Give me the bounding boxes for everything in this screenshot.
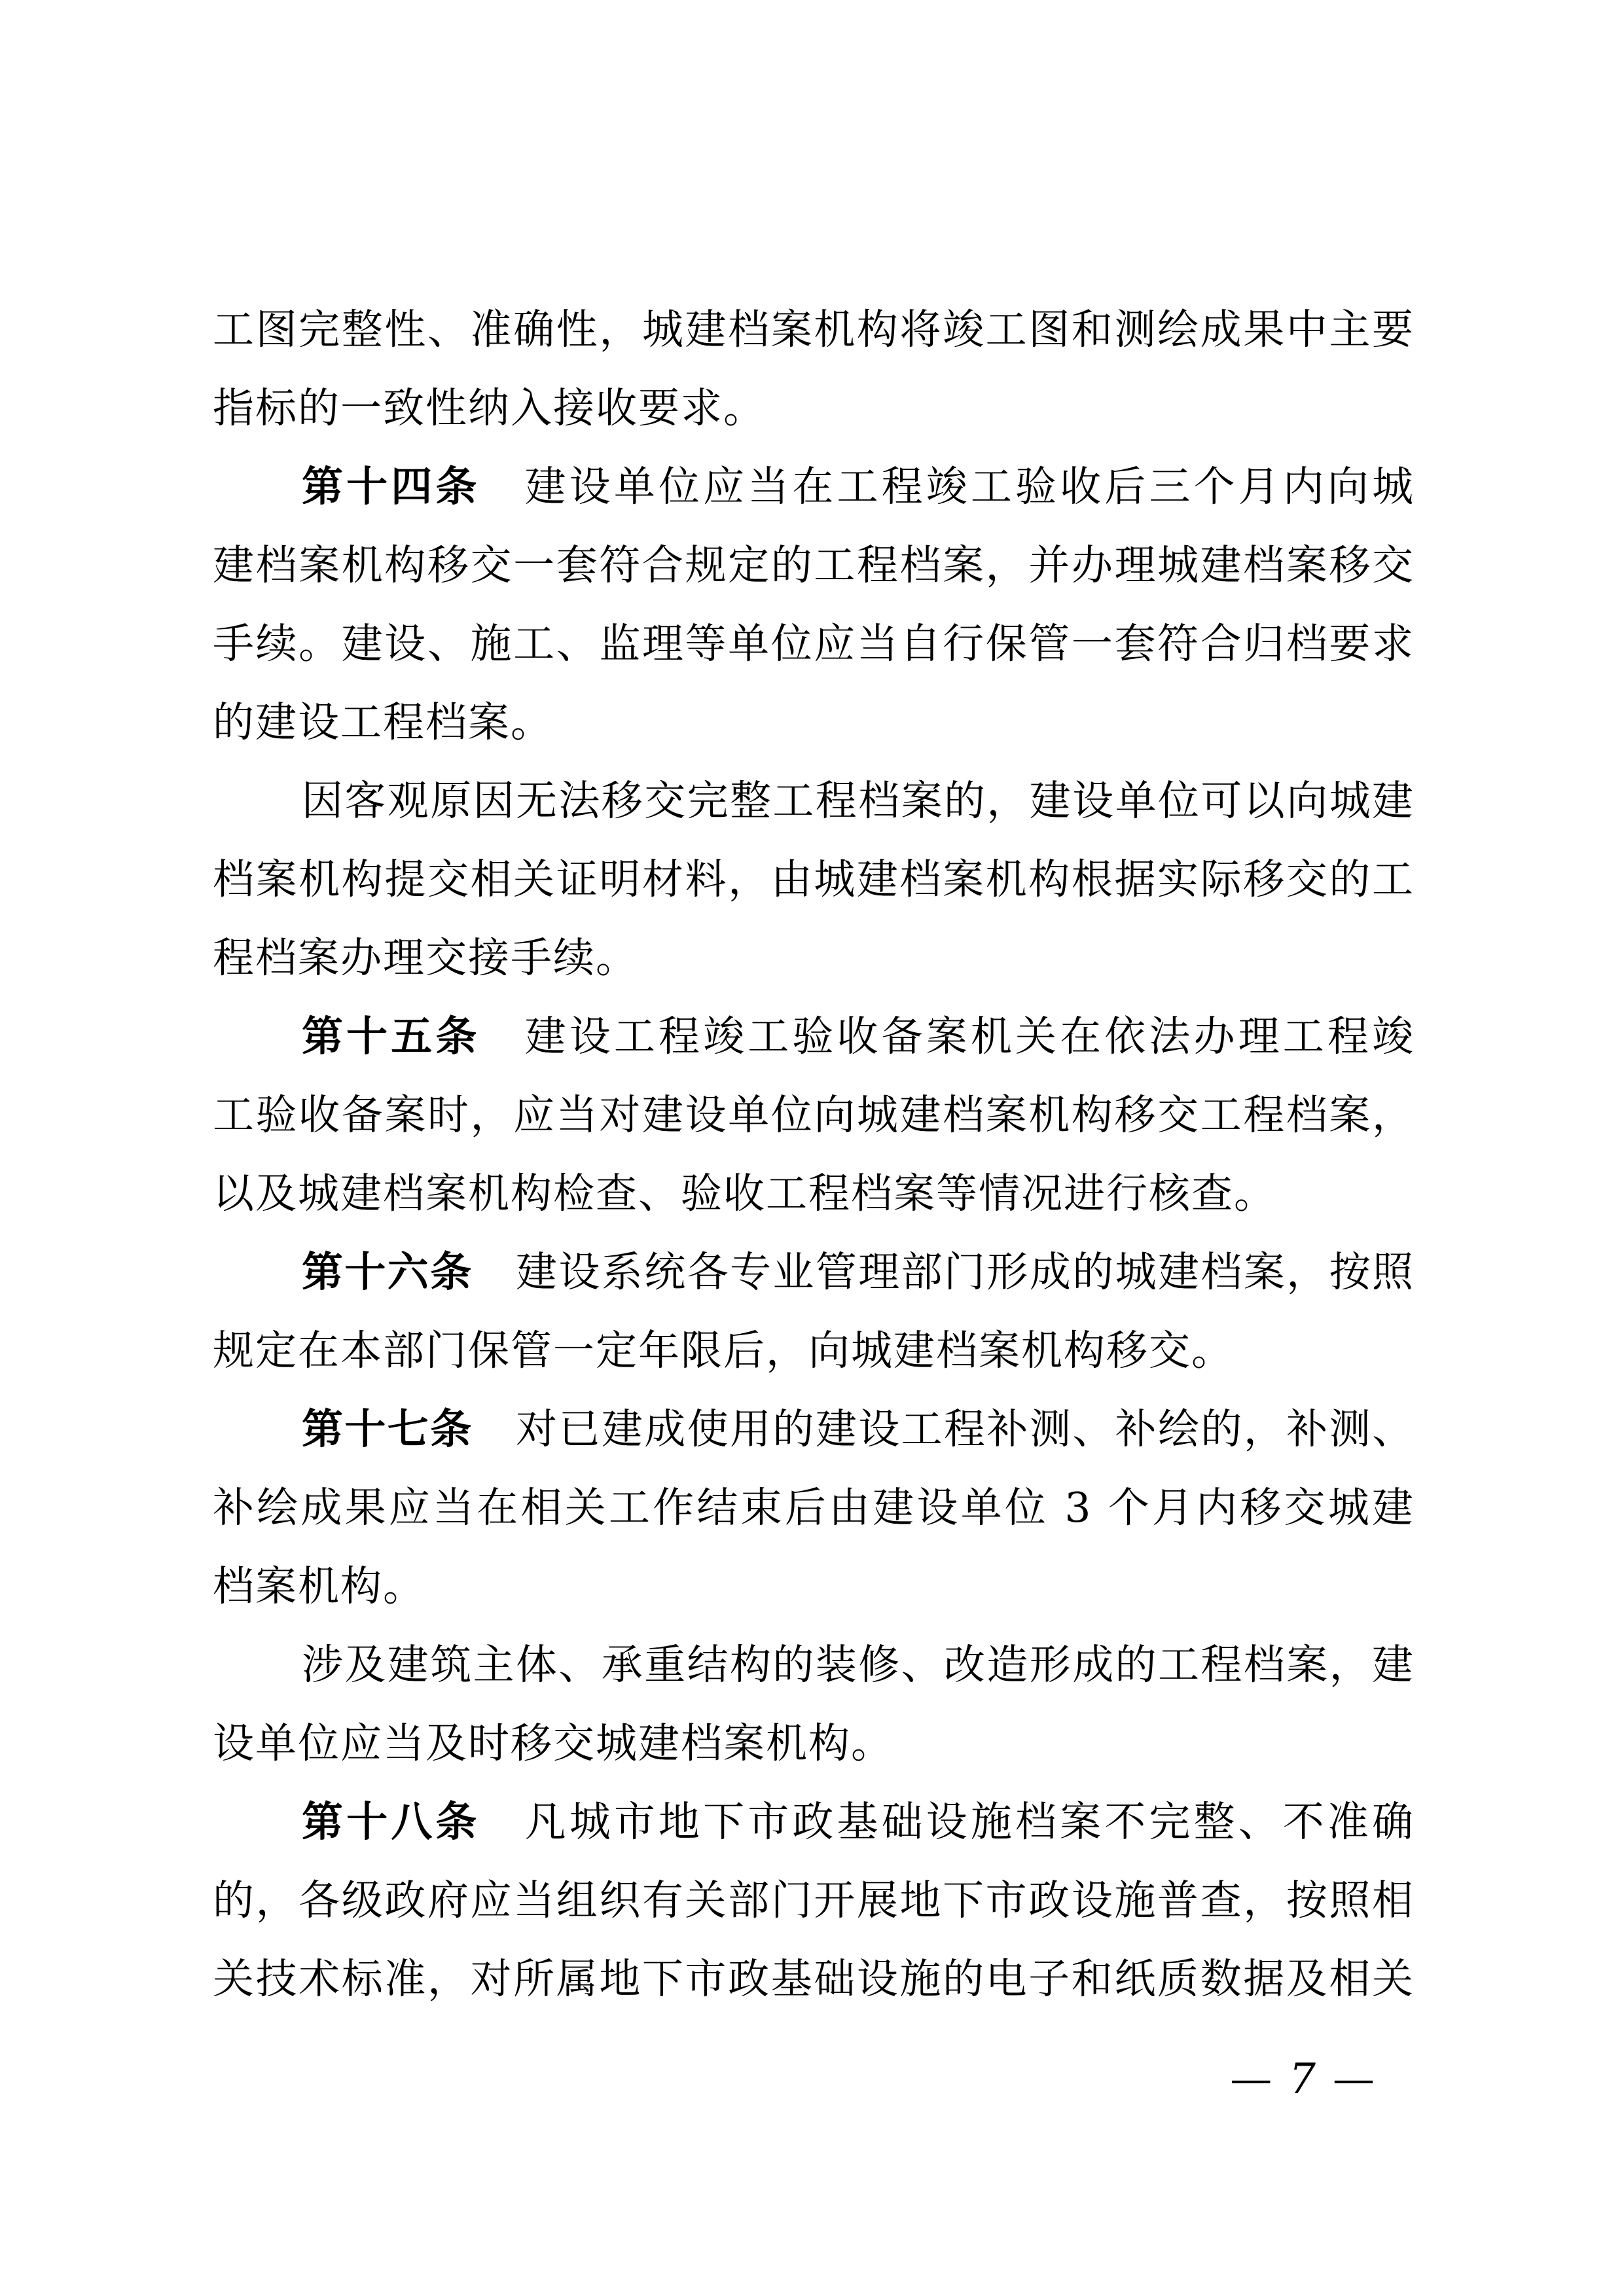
- article-text: 对已建成使用的建设工程补测、补绘的，补测、: [516, 1405, 1415, 1453]
- text-line: 档案机构。: [213, 1547, 1415, 1626]
- text-line: 第十六条 建设系统各专业管理部门形成的城建档案，按照: [213, 1233, 1415, 1312]
- text-line: 第十四条 建设单位应当在工程竣工验收后三个月内向城: [213, 448, 1415, 526]
- text-line: 程档案办理交接手续。: [213, 919, 1415, 997]
- page-number: 7: [1289, 2056, 1316, 2102]
- article-text: 凡城市地下市政基础设施档案不完整、不准确: [525, 1798, 1415, 1846]
- document-body: 工图完整性、准确性，城建档案机构将竣工图和测绘成果中主要指标的一致性纳入接收要求…: [213, 291, 1415, 2018]
- text-line: 档案机构提交相关证明材料，由城建档案机构根据实际移交的工: [213, 840, 1415, 919]
- article-text: 建设单位应当在工程竣工验收后三个月内向城: [525, 463, 1415, 511]
- text-line: 第十七条 对已建成使用的建设工程补测、补绘的，补测、: [213, 1390, 1415, 1469]
- article-number: 第十七条: [302, 1407, 473, 1452]
- text-line: 第十五条 建设工程竣工验收备案机关在依法办理工程竣: [213, 997, 1415, 1076]
- text-line: 第十八条 凡城市地下市政基础设施档案不完整、不准确: [213, 1783, 1415, 1861]
- text-line: 涉及建筑主体、承重结构的装修、改造形成的工程档案，建: [213, 1626, 1415, 1704]
- article-number: 第十五条: [302, 1014, 480, 1060]
- text-line: 补绘成果应当在相关工作结束后由建设单位 3 个月内移交城建: [213, 1469, 1415, 1547]
- text-line: 工图完整性、准确性，城建档案机构将竣工图和测绘成果中主要: [213, 291, 1415, 369]
- text-line: 以及城建档案机构检查、验收工程档案等情况进行核查。: [213, 1155, 1415, 1233]
- text-line: 的，各级政府应当组织有关部门开展地下市政设施普查，按照相: [213, 1861, 1415, 1940]
- text-line: 手续。建设、施工、监理等单位应当自行保管一套符合归档要求: [213, 605, 1415, 683]
- text-line: 的建设工程档案。: [213, 683, 1415, 762]
- article-number: 第十六条: [302, 1249, 473, 1295]
- footer-dash-right: —: [1333, 2055, 1375, 2104]
- article-number: 第十四条: [302, 464, 480, 510]
- text-line: 工验收备案时，应当对建设单位向城建档案机构移交工程档案，: [213, 1076, 1415, 1155]
- text-line: 建档案机构移交一套符合规定的工程档案，并办理城建档案移交: [213, 526, 1415, 605]
- text-line: 设单位应当及时移交城建档案机构。: [213, 1704, 1415, 1783]
- article-text: 建设工程竣工验收备案机关在依法办理工程竣: [525, 1013, 1415, 1060]
- page-footer: —7—: [1230, 2056, 1375, 2102]
- text-line: 指标的一致性纳入接收要求。: [213, 369, 1415, 448]
- article-text: 建设系统各专业管理部门形成的城建档案，按照: [516, 1248, 1415, 1296]
- text-line: 因客观原因无法移交完整工程档案的，建设单位可以向城建: [213, 762, 1415, 840]
- article-number: 第十八条: [302, 1799, 480, 1845]
- text-line: 规定在本部门保管一定年限后，向城建档案机构移交。: [213, 1312, 1415, 1390]
- document-page: { "page": { "background_color": "#ffffff…: [0, 0, 1624, 2296]
- footer-dash-left: —: [1230, 2055, 1272, 2104]
- page-sheet: 工图完整性、准确性，城建档案机构将竣工图和测绘成果中主要指标的一致性纳入接收要求…: [0, 0, 1624, 2296]
- text-line: 关技术标准，对所属地下市政基础设施的电子和纸质数据及相关: [213, 1940, 1415, 2018]
